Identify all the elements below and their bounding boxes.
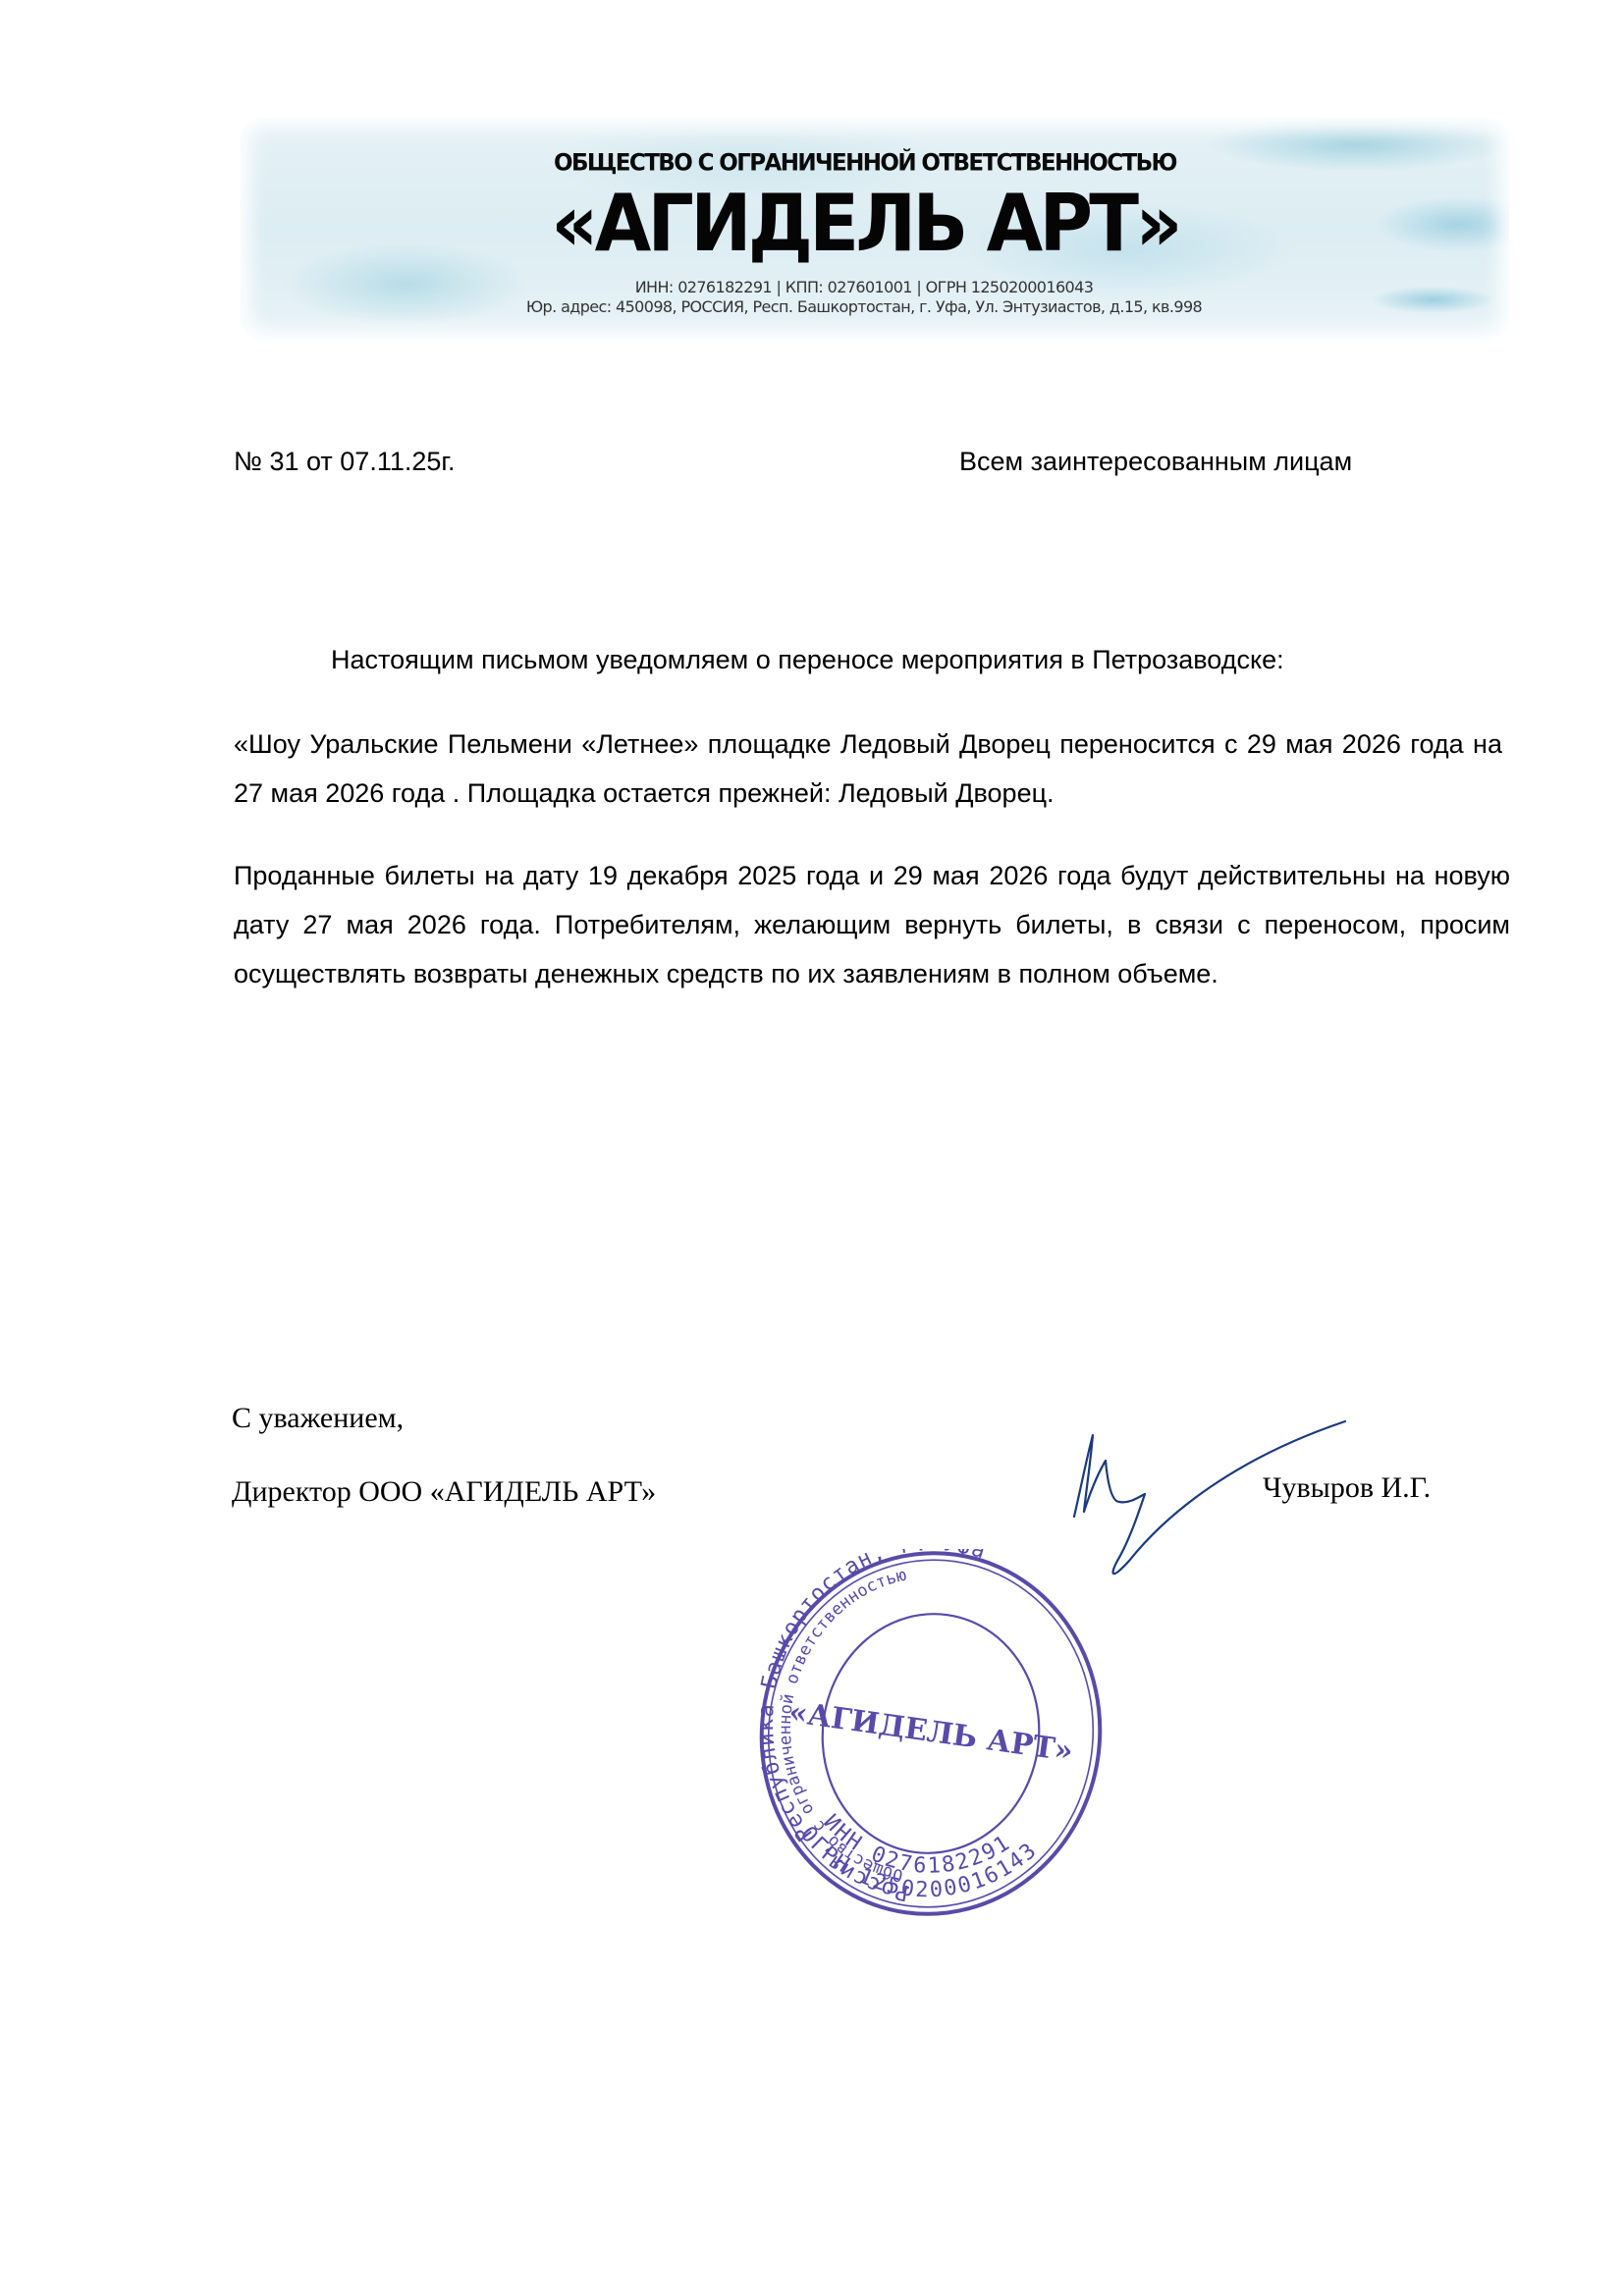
signer-position: Директор ООО «АГИДЕЛЬ АРТ» bbox=[232, 1475, 656, 1509]
handwritten-signature bbox=[1060, 1414, 1355, 1629]
letter-intro: Настоящим письмом уведомляем о переносе … bbox=[331, 645, 1284, 675]
letter-addressee: Всем заинтересованным лицам bbox=[959, 447, 1352, 477]
letter-paragraph-2: Проданные билеты на дату 19 декабря 2025… bbox=[234, 851, 1510, 998]
letter-paragraph-1: «Шоу Уральские Пельмени «Летнее» площадк… bbox=[234, 720, 1502, 818]
letterhead-company-name: «АГИДЕЛЬ АРТ» bbox=[508, 180, 1221, 268]
stamp-center-text: «АГИДЕЛЬ АРТ» bbox=[786, 1695, 1075, 1769]
letterhead-address: Юр. адрес: 450098, РОССИЯ, Респ. Башкорт… bbox=[471, 297, 1257, 316]
letterhead-legal-form: ОБЩЕСТВО С ОГРАНИЧЕННОЙ ОТВЕТСТВЕННОСТЬЮ bbox=[486, 149, 1244, 176]
closing-salutation: С уважением, bbox=[232, 1402, 404, 1435]
letterhead-registration: ИНН: 0276182291 | КПП: 027601001 | ОГРН … bbox=[471, 278, 1257, 296]
letter-reference: № 31 от 07.11.25г. bbox=[234, 447, 455, 477]
company-stamp: Россия, Республика Башкортостан, г. Уфа … bbox=[756, 1549, 1110, 1922]
